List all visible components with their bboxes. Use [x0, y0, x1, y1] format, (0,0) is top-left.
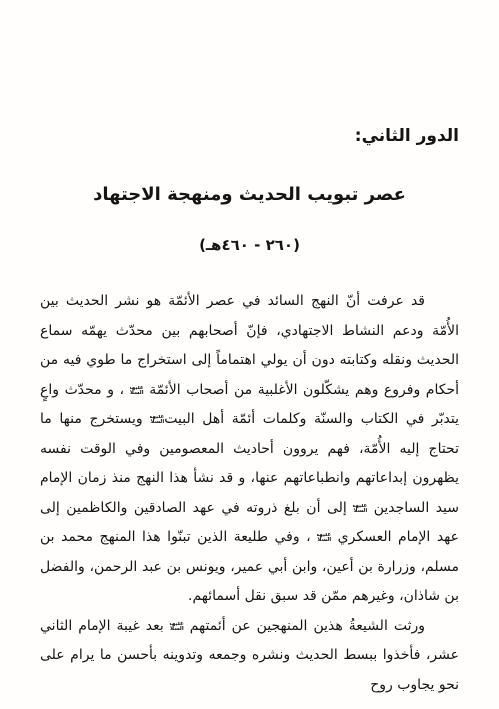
content-area: الدور الثاني: عصر تبويب الحديث ومنهجة ال… [0, 0, 499, 700]
book-page: الدور الثاني: عصر تبويب الحديث ومنهجة ال… [0, 0, 499, 709]
honorific-symbol: عليهم السلام [130, 386, 144, 396]
honorific-symbol: عليهم السلام [317, 533, 331, 543]
paragraph-text: ورثت الشيعةُ هذين المنهجين عن أئمتهم [184, 618, 425, 634]
honorific-symbol: عليهم السلام [353, 504, 367, 514]
honorific-symbol: عليهم السلام [170, 622, 184, 632]
body-text: قد عرفت أنّ النهج السائد في عصر الأئمّة … [40, 287, 459, 700]
page-title: عصر تبويب الحديث ومنهجة الاجتهاد [40, 184, 459, 205]
honorific-symbol: عليهم السلام [150, 415, 164, 425]
section-heading: الدور الثاني: [40, 126, 459, 146]
paragraph-1: قد عرفت أنّ النهج السائد في عصر الأئمّة … [40, 287, 459, 612]
paragraph-2: ورثت الشيعةُ هذين المنهجين عن أئمتهم علي… [40, 612, 459, 701]
date-range: (٢٦٠ - ٤٦٠هـ) [40, 236, 459, 254]
